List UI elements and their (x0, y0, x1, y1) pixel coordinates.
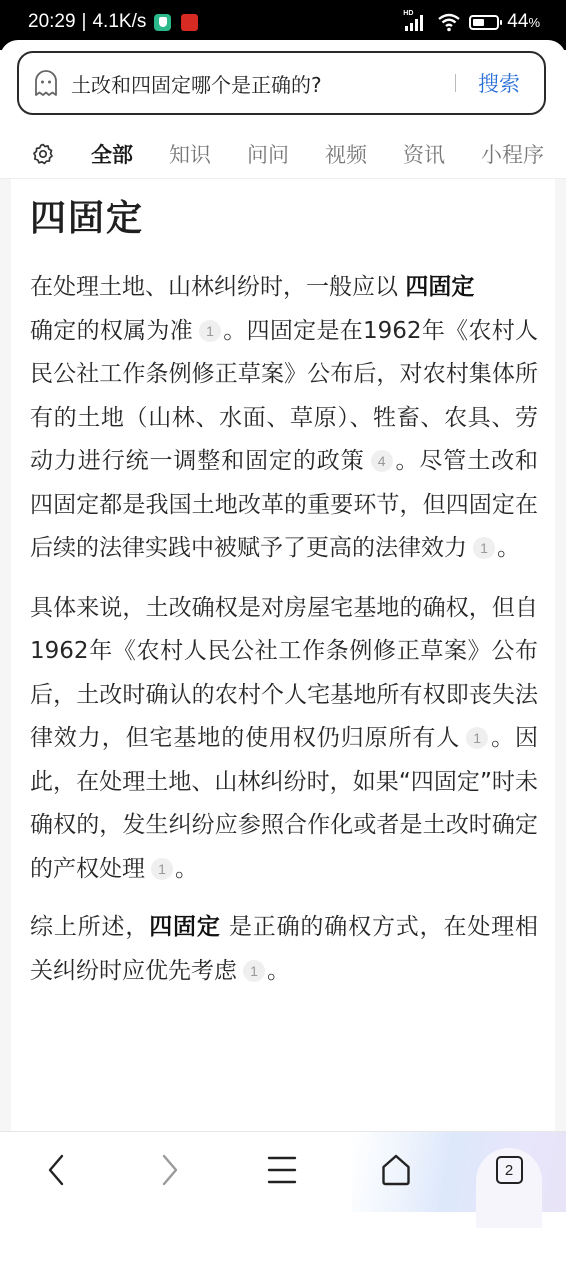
citation-badge[interactable]: 1 (151, 858, 173, 880)
tab-video[interactable]: 视频 (325, 139, 367, 169)
tab-all[interactable]: 全部 (91, 139, 133, 169)
notification-app-icon (181, 14, 198, 31)
back-icon (46, 1154, 66, 1186)
tab-news[interactable]: 资讯 (403, 139, 445, 169)
status-separator: | (82, 11, 87, 33)
search-box[interactable]: 土改和四固定哪个是正确的? 搜索 (17, 51, 546, 115)
back-button[interactable] (36, 1150, 76, 1190)
wifi-icon (437, 12, 461, 32)
citation-badge[interactable]: 1 (199, 320, 221, 342)
clock: 20:29 (28, 11, 76, 33)
cellular-signal-icon: HD (403, 12, 429, 32)
search-button[interactable]: 搜索 (478, 68, 520, 98)
security-app-icon (154, 14, 171, 31)
forward-icon (160, 1154, 180, 1186)
battery-icon (469, 15, 499, 30)
highlight-term: 四固定 (149, 914, 221, 940)
citation-badge[interactable]: 1 (466, 727, 488, 749)
home-button[interactable] (376, 1150, 416, 1190)
citation-badge[interactable]: 4 (371, 450, 393, 472)
search-divider (455, 74, 456, 92)
answer-title: 四固定 (30, 196, 538, 242)
bottom-navigation: 2 (0, 1132, 566, 1212)
forward-button[interactable] (150, 1150, 190, 1190)
paragraph-3: 综上所述，四固定 是正确的确权方式，在处理相关纠纷时应优先考虑1。 (30, 906, 538, 993)
menu-icon (267, 1155, 297, 1185)
highlight-term: 四固定 (405, 274, 474, 300)
paragraph-2: 具体来说，土改确权是对房屋宅基地的确权，但自1962年《农村人民公社工作条例修正… (30, 587, 538, 892)
search-input[interactable]: 土改和四固定哪个是正确的? (71, 69, 455, 98)
battery-percent: 44% (507, 11, 540, 33)
tab-qa[interactable]: 问问 (247, 139, 289, 169)
home-icon (381, 1154, 411, 1186)
ghost-icon (33, 69, 59, 97)
tab-knowledge[interactable]: 知识 (169, 139, 211, 169)
answer-article: 四固定 在处理土地、山林纠纷时，一般应以 四固定确定的权属为准1。四固定是在19… (30, 196, 538, 993)
search-header: 土改和四固定哪个是正确的? 搜索 全部 知识 问问 视频 资讯 小程序 (0, 40, 566, 180)
tab-mini-programs[interactable]: 小程序 (481, 139, 544, 169)
citation-badge[interactable]: 1 (243, 960, 265, 982)
paragraph-1: 在处理土地、山林纠纷时，一般应以 四固定确定的权属为准1。四固定是在1962年《… (30, 266, 538, 571)
menu-button[interactable] (262, 1150, 302, 1190)
tab-count-icon: 2 (496, 1156, 523, 1184)
category-tabs: 全部 知识 问问 视频 资讯 小程序 (0, 130, 566, 178)
tab-switcher-button[interactable]: 2 (489, 1150, 529, 1190)
network-speed: 4.1K/s (92, 11, 146, 33)
citation-badge[interactable]: 1 (473, 537, 495, 559)
gear-icon[interactable] (31, 142, 55, 166)
